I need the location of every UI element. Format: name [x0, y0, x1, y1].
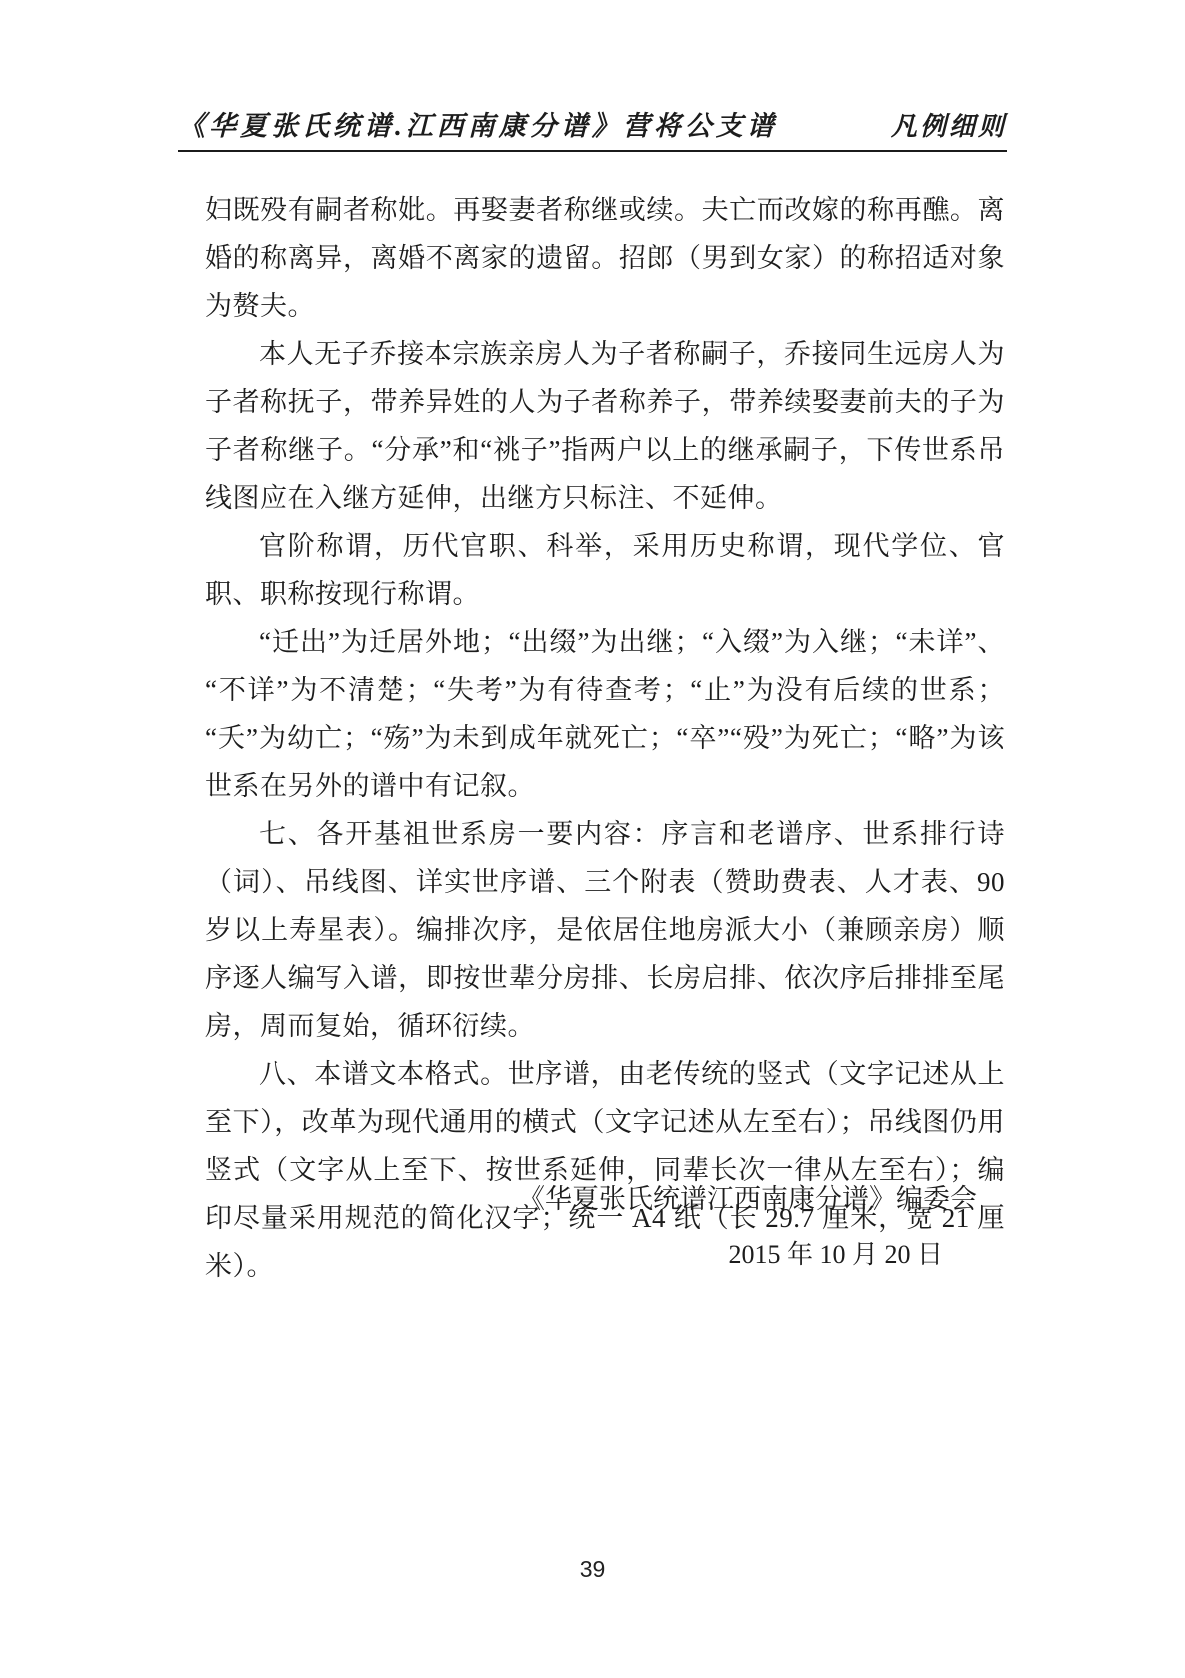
running-header: 《华夏张氏统谱.江西南康分谱》营将公支谱 凡例细则	[178, 104, 1007, 152]
body-paragraph: “迁出”为迁居外地；“出缀”为出继；“入缀”为入继；“未详”、“不详”为不清楚；…	[205, 618, 1005, 810]
body-paragraph: 七、各开基祖世系房一要内容：序言和老谱序、世系排行诗（词）、吊线图、详实世序谱、…	[205, 810, 1005, 1050]
header-section-title: 凡例细则	[891, 106, 1007, 143]
body-text: 妇既殁有嗣者称妣。再娶妻者称继或续。夫亡而改嫁的称再醮。离婚的称离异，离婚不离家…	[205, 186, 1005, 1290]
signature-block: 《华夏张氏统谱江西南康分谱》编委会 2015 年 10 月 20 日	[518, 1172, 977, 1282]
signature-committee: 《华夏张氏统谱江西南康分谱》编委会	[518, 1172, 977, 1227]
body-paragraph: 官阶称谓，历代官职、科举，采用历史称谓，现代学位、官职、职称按现行称谓。	[205, 522, 1005, 618]
body-paragraph: 本人无子乔接本宗族亲房人为子者称嗣子，乔接同生远房人为子者称抚子，带养异姓的人为…	[205, 330, 1005, 522]
body-paragraph: 妇既殁有嗣者称妣。再娶妻者称继或续。夫亡而改嫁的称再醮。离婚的称离异，离婚不离家…	[205, 186, 1005, 330]
header-book-title: 《华夏张氏统谱.江西南康分谱》营将公支谱	[178, 104, 778, 143]
page-number: 39	[580, 1556, 606, 1582]
signature-date: 2015 年 10 月 20 日	[518, 1227, 977, 1282]
page-footer: 39	[0, 1556, 1185, 1583]
document-page: 《华夏张氏统谱.江西南康分谱》营将公支谱 凡例细则 妇既殁有嗣者称妣。再娶妻者称…	[0, 0, 1185, 1678]
